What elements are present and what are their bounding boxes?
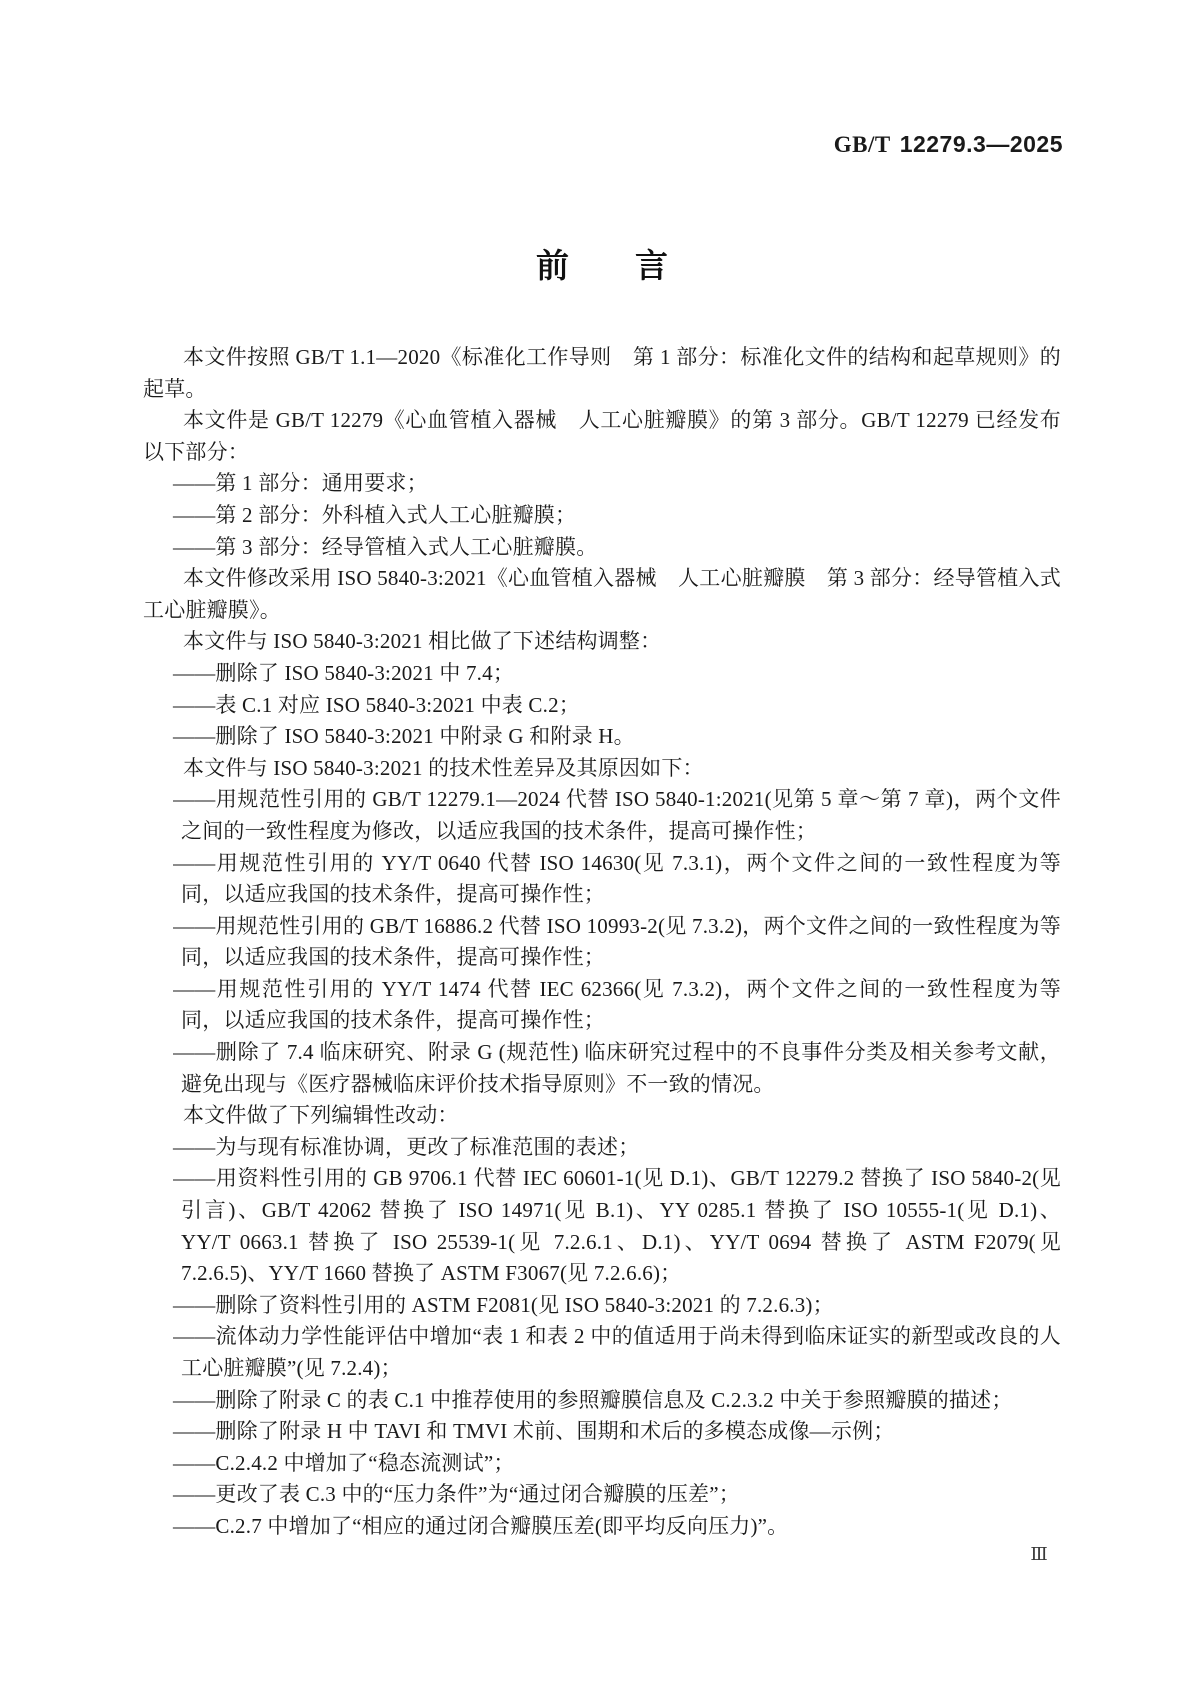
text-line: ——为与现有标准协调，更改了标准范围的表述； — [173, 1132, 1061, 1164]
page-number: Ⅲ — [1014, 1544, 1064, 1565]
text-line: 同，以适应我国的技术条件，提高可操作性； — [181, 879, 1061, 911]
text-line: 本文件与 ISO 5840-3:2021 的技术性差异及其原因如下： — [183, 753, 1061, 785]
text-line: 工心脏瓣膜》。 — [143, 595, 1061, 627]
text-line: 以下部分： — [143, 437, 1061, 469]
text-line: 工心脏瓣膜”(见 7.2.4)； — [181, 1353, 1061, 1385]
text-line: ——用资料性引用的 GB 9706.1 代替 IEC 60601-1(见 D.1… — [173, 1163, 1061, 1195]
text-line: 本文件按照 GB/T 1.1—2020《标准化工作导则 第 1 部分：标准化文件… — [183, 342, 1061, 374]
text-line: 起草。 — [143, 374, 1061, 406]
text-line: ——更改了表 C.3 中的“压力条件”为“通过闭合瓣膜的压差”； — [173, 1479, 1061, 1511]
text-line: ——用规范性引用的 GB/T 12279.1—2024 代替 ISO 5840-… — [173, 784, 1061, 816]
text-line: ——删除了 ISO 5840-3:2021 中附录 G 和附录 H。 — [173, 721, 1061, 753]
foreword-title: 前 言 — [143, 240, 1061, 287]
text-line: ——第 2 部分：外科植入式人工心脏瓣膜； — [173, 500, 1061, 532]
standard-code: GB/T12279.3—2025 — [834, 131, 1063, 158]
text-line: 本文件修改采用 ISO 5840-3:2021《心血管植入器械 人工心脏瓣膜 第… — [183, 563, 1061, 595]
text-line: ——第 1 部分：通用要求； — [173, 468, 1061, 500]
text-line: 7.2.6.5)、YY/T 1660 替换了 ASTM F3067(见 7.2.… — [181, 1258, 1061, 1290]
text-line: 本文件是 GB/T 12279《心血管植入器械 人工心脏瓣膜》的第 3 部分。G… — [183, 405, 1061, 437]
text-line: ——用规范性引用的 GB/T 16886.2 代替 ISO 10993-2(见 … — [173, 911, 1061, 943]
text-line: ——C.2.7 中增加了“相应的通过闭合瓣膜压差(即平均反向压力)”。 — [173, 1511, 1061, 1543]
text-line: ——删除了 ISO 5840-3:2021 中 7.4； — [173, 658, 1061, 690]
text-line: ——第 3 部分：经导管植入式人工心脏瓣膜。 — [173, 532, 1061, 564]
text-line: YY/T 0663.1 替换了 ISO 25539-1(见 7.2.6.1、D.… — [181, 1227, 1061, 1259]
text-line: 同，以适应我国的技术条件，提高可操作性； — [181, 1005, 1061, 1037]
text-line: ——表 C.1 对应 ISO 5840-3:2021 中表 C.2； — [173, 690, 1061, 722]
text-line: 同，以适应我国的技术条件，提高可操作性； — [181, 942, 1061, 974]
text-line: ——删除了资料性引用的 ASTM F2081(见 ISO 5840-3:2021… — [173, 1290, 1061, 1322]
text-line: 本文件做了下列编辑性改动： — [183, 1100, 1061, 1132]
foreword-body: 本文件按照 GB/T 1.1—2020《标准化工作导则 第 1 部分：标准化文件… — [143, 342, 1061, 1543]
text-line: 之间的一致性程度为修改，以适应我国的技术条件，提高可操作性； — [181, 816, 1061, 848]
text-line: 避免出现与《医疗器械临床评价技术指导原则》不一致的情况。 — [181, 1069, 1061, 1101]
text-line: 引言)、GB/T 42062 替换了 ISO 14971(见 B.1)、YY 0… — [181, 1195, 1061, 1227]
document-page: GB/T12279.3—2025 前 言 本文件按照 GB/T 1.1—2020… — [0, 0, 1191, 1685]
standard-code-number: 12279.3—2025 — [900, 131, 1063, 157]
text-line: ——删除了附录 H 中 TAVI 和 TMVI 术前、围期和术后的多模态成像—示… — [173, 1416, 1061, 1448]
text-line: ——用规范性引用的 YY/T 1474 代替 IEC 62366(见 7.3.2… — [173, 974, 1061, 1006]
text-line: ——删除了 7.4 临床研究、附录 G (规范性) 临床研究过程中的不良事件分类… — [173, 1037, 1061, 1069]
text-line: 本文件与 ISO 5840-3:2021 相比做了下述结构调整： — [183, 626, 1061, 658]
text-line: ——用规范性引用的 YY/T 0640 代替 ISO 14630(见 7.3.1… — [173, 848, 1061, 880]
text-line: ——流体动力学性能评估中增加“表 1 和表 2 中的值适用于尚未得到临床证实的新… — [173, 1321, 1061, 1353]
text-line: ——删除了附录 C 的表 C.1 中推荐使用的参照瓣膜信息及 C.2.3.2 中… — [173, 1385, 1061, 1417]
standard-code-prefix: GB/T — [834, 132, 891, 157]
text-line: ——C.2.4.2 中增加了“稳态流测试”； — [173, 1448, 1061, 1480]
